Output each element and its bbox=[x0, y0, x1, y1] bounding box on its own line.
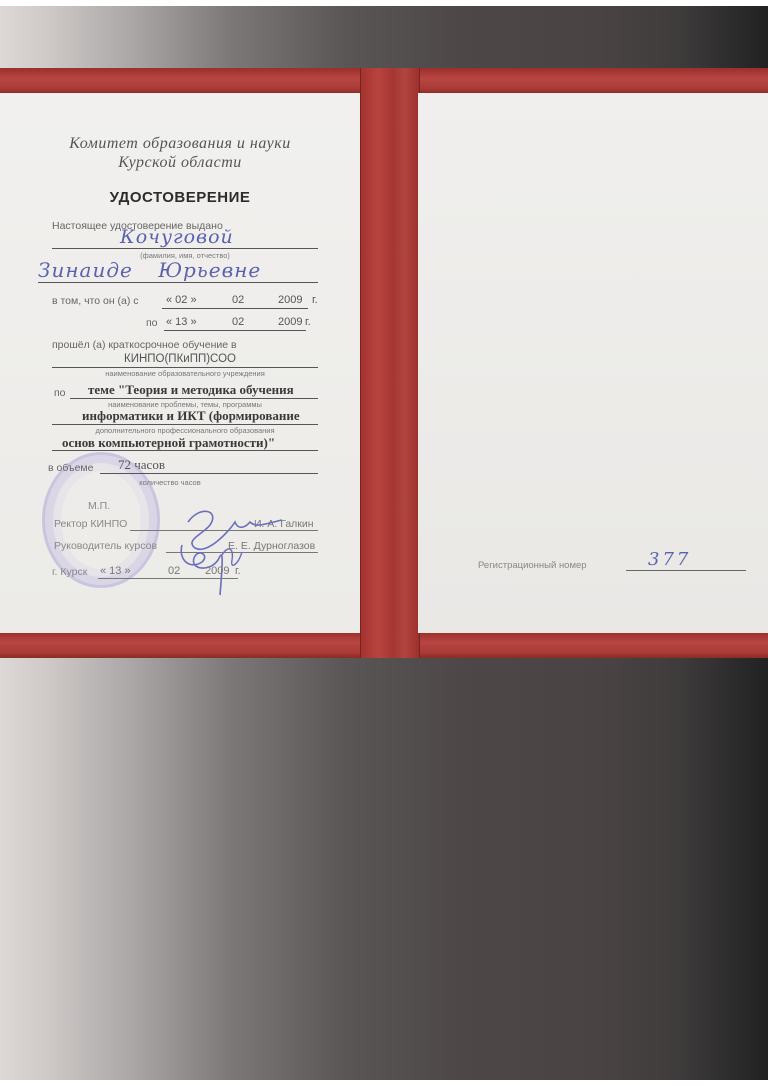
given-names-rule bbox=[38, 282, 318, 283]
issue-date-rule bbox=[98, 578, 238, 579]
program-caption: дополнительного профессионального образо… bbox=[52, 426, 318, 435]
institution-rule bbox=[52, 367, 318, 368]
to-label: по bbox=[146, 317, 158, 329]
surname-rule bbox=[52, 248, 318, 249]
topic-rule-1 bbox=[70, 398, 318, 399]
document-title: УДОСТОВЕРЕНИЕ bbox=[0, 189, 360, 206]
cover-spine bbox=[360, 68, 420, 658]
issue-year: 2009 bbox=[205, 565, 229, 577]
issuer-line-2: Курской области bbox=[0, 153, 360, 172]
to-date-rule bbox=[164, 330, 306, 331]
topic-line-3: основ компьютерной грамотности)" bbox=[62, 435, 275, 451]
from-date-rule bbox=[162, 308, 308, 309]
from-year-suffix: г. bbox=[312, 294, 318, 306]
volume-caption: количество часов bbox=[110, 478, 230, 487]
institution-caption: наименование образовательного учреждения bbox=[52, 369, 318, 378]
certificate-right-page bbox=[418, 93, 768, 633]
issue-day: « 13 » bbox=[100, 565, 131, 577]
given-names-handwritten: Зинаиде Юрьевне bbox=[38, 258, 261, 282]
signatures bbox=[160, 500, 290, 610]
surname-handwritten: Кочуговой bbox=[120, 226, 234, 248]
topic-prefix: по bbox=[54, 387, 66, 399]
from-year: 2009 bbox=[278, 294, 302, 306]
issue-month: 02 bbox=[168, 565, 180, 577]
to-year: 2009 bbox=[278, 316, 302, 328]
seal-placeholder: М.П. bbox=[88, 500, 110, 512]
place-label: г. Курск bbox=[52, 566, 87, 578]
rector-label: Ректор КИНПО bbox=[54, 518, 127, 530]
to-year-suffix: г. bbox=[305, 316, 311, 328]
registration-rule bbox=[626, 570, 746, 571]
registration-number: 377 bbox=[648, 549, 691, 570]
institution-name: КИНПО(ПКиПП)СОО bbox=[124, 353, 236, 365]
topic-line-2: информатики и ИКТ (формирование bbox=[82, 408, 300, 424]
volume-value: 72 часов bbox=[118, 457, 165, 473]
issuer-line-1: Комитет образования и науки bbox=[0, 134, 360, 153]
registration-label: Регистрационный номер bbox=[478, 560, 587, 571]
head-label: Руководитель курсов bbox=[54, 540, 157, 552]
from-day: « 02 » bbox=[166, 294, 197, 306]
from-label: в том, что он (а) с bbox=[52, 295, 139, 307]
to-day: « 13 » bbox=[166, 316, 197, 328]
volume-rule bbox=[100, 473, 318, 474]
topic-line-1: теме "Теория и методика обучения bbox=[88, 382, 294, 398]
completed-label: прошёл (а) краткосрочное обучение в bbox=[52, 339, 237, 351]
to-month: 02 bbox=[232, 316, 244, 328]
volume-label: в объеме bbox=[48, 462, 93, 474]
topic-rule-2 bbox=[52, 424, 318, 425]
issue-year-suffix: г. bbox=[235, 565, 241, 577]
from-month: 02 bbox=[232, 294, 244, 306]
